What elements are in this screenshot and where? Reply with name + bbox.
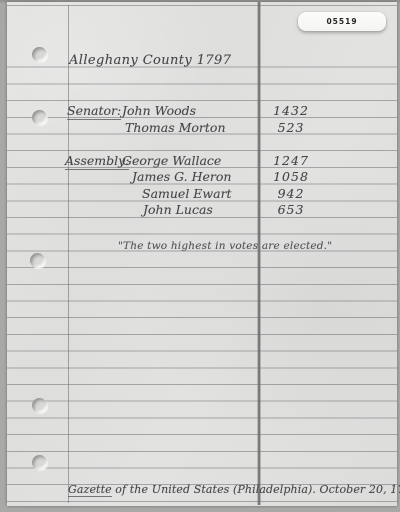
citation-detail: of the United States (Philadelphia). Oct… <box>112 483 400 496</box>
result-row: Samuel Ewart 942 <box>7 186 397 203</box>
vote-count: 653 <box>270 202 312 218</box>
vote-count: 942 <box>270 186 312 202</box>
hole-punch <box>32 47 47 62</box>
result-row: James G. Heron 1058 <box>7 169 397 186</box>
result-name: James G. Heron <box>132 169 231 185</box>
senator-heading: Senator: <box>67 103 121 120</box>
result-name: George Wallace <box>122 153 221 169</box>
result-row: Thomas Morton 523 <box>7 120 397 137</box>
notebook-page: 05519 Alleghany County 1797 Senator: Joh… <box>7 2 397 506</box>
result-row: Assembly: George Wallace 1247 <box>7 153 397 170</box>
result-name: John Woods <box>122 103 196 119</box>
vote-count: 1058 <box>270 169 312 185</box>
catalog-number: 05519 <box>326 17 357 26</box>
vote-count: 1432 <box>270 103 312 119</box>
vote-count: 523 <box>270 120 312 136</box>
result-row: John Lucas 653 <box>7 202 397 219</box>
hole-punch <box>30 253 45 268</box>
assembly-heading: Assembly: <box>65 153 129 170</box>
result-row: Senator: John Woods 1432 <box>7 103 397 120</box>
catalog-sticker: 05519 <box>298 12 386 31</box>
result-name: Thomas Morton <box>125 120 226 136</box>
page-title: Alleghany County 1797 <box>69 53 231 69</box>
margin-line <box>68 5 69 503</box>
top-rule-line <box>7 5 397 6</box>
citation-source: Gazette <box>68 483 112 497</box>
hole-punch <box>32 455 47 470</box>
hole-punch <box>32 398 47 413</box>
citation: Gazette of the United States (Philadelph… <box>68 482 400 498</box>
result-name: Samuel Ewart <box>142 186 232 202</box>
quote-note: "The two highest in votes are elected." <box>118 238 332 254</box>
scanned-document: 05519 Alleghany County 1797 Senator: Joh… <box>0 0 400 512</box>
vote-count: 1247 <box>270 153 312 169</box>
result-name: John Lucas <box>143 202 213 218</box>
